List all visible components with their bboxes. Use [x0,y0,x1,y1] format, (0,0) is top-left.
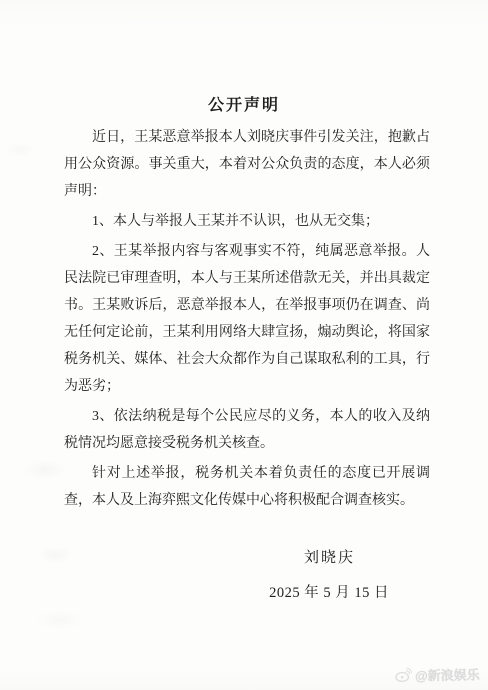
signature-date: 2025 年 5 月 15 日 [269,581,389,602]
statement-intro-paragraph: 近日，王某恶意举报本人刘晓庆事件引发关注，抱歉占用公众资源。事关重大，本着对公众… [64,124,430,205]
document-body: 近日，王某恶意举报本人刘晓庆事件引发关注，抱歉占用公众资源。事关重大，本着对公众… [64,124,430,517]
statement-item-1: 1、本人与举报人王某并不认识，也从无交集； [64,208,430,235]
watermark-text: @新浪娱乐 [415,664,480,684]
watermark: @新浪娱乐 [395,664,480,684]
statement-document-page: 公开声明 近日，王某恶意举报本人刘晓庆事件引发关注，抱歉占用公众资源。事关重大，… [0,0,488,690]
statement-closing-paragraph: 针对上述举报，税务机关本着负责任的态度已开展调查，本人及上海弈熙文化传媒中心将积… [64,460,430,514]
statement-item-2: 2、王某举报内容与客观事实不符，纯属恶意举报。人民法院已审理查明，本人与王某所述… [64,238,430,400]
statement-item-3: 3、依法纳税是每个公民应尽的义务，本人的收入及纳税情况均愿意接受税务机关核查。 [64,403,430,457]
document-title: 公开声明 [0,92,488,115]
signature-name: 刘晓庆 [304,546,355,567]
weibo-icon [395,667,412,682]
